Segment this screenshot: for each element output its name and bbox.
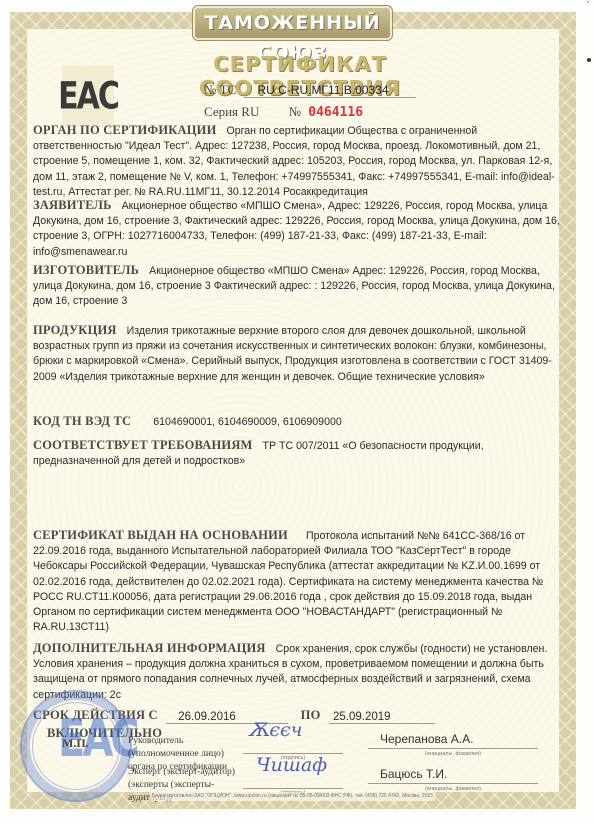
series-row: Серия RU № 0464116 [204,104,363,120]
customs-union-banner: ТАМОЖЕННЫЙ СОЮЗ [193,6,392,40]
scan-speck [587,58,591,62]
head-name-caption: (инициалы, фамилия) [368,751,538,757]
serial-prefix: № [289,104,301,119]
head-signature: Ѫєєч [248,719,302,741]
eac-logo-icon: EAC [62,66,114,126]
expert-signature: Чuшаф [256,754,327,776]
section-text: Протокола испытаний №№ 641СС-368/16 от 2… [33,530,543,633]
series-label: Серия RU [204,104,259,119]
section-label: ОРГАН ПО СЕРТИФИКАЦИИ [33,123,217,137]
section-additional-info: ДОПОЛНИТЕЛЬНАЯ ИНФОРМАЦИЯСрок хранения, … [33,641,561,703]
section-label: ПРОДУКЦИЯ [33,323,117,337]
section-label: ЗАЯВИТЕЛЬ [33,198,112,212]
section-requirements: СООТВЕТСТВУЕТ ТРЕБОВАНИЯМТР ТС 007/2011 … [33,438,561,469]
serial-number: 0464116 [308,105,363,120]
validity-to-date: 25.09.2019 [329,711,435,724]
tc-number-row: № ТС RU C-RU.МГ11.В.00334 [204,82,416,98]
section-text: 6104690001, 6104690009, 6106909000 [153,416,342,428]
section-product: ПРОДУКЦИЯИзделия трикотажные верхние вто… [33,323,561,385]
printer-note: Бланк изготовлен ЗАО "ОПЦИОН", www.opcio… [150,792,435,801]
section-hs-code: КОД ТН ВЭД ТС6104690001, 6104690009, 610… [33,414,561,430]
tc-number-label: № ТС [204,82,236,97]
section-label: СООТВЕТСТВУЕТ ТРЕБОВАНИЯМ [33,438,253,452]
head-name: Черепанова А.А. [368,729,538,749]
expert-name: Бацюсь Т.И. [368,764,538,784]
tc-number-value: RU C-RU.МГ11.В.00334 [244,83,416,98]
section-basis: СЕРТИФИКАТ ВЫДАН НА ОСНОВАНИИПротокола и… [33,528,561,635]
section-certification-body: ОРГАН ПО СЕРТИФИКАЦИИОрган по сертификац… [33,123,561,200]
section-applicant: ЗАЯВИТЕЛЬАкционерное общество «МПШО Смен… [33,198,561,260]
section-label: КОД ТН ВЭД ТС [33,414,131,428]
scan-speck [587,1,589,3]
stamp-place-label: М.П. [62,736,89,751]
section-label: СЕРТИФИКАТ ВЫДАН НА ОСНОВАНИИ [33,528,288,542]
section-label: ДОПОЛНИТЕЛЬНАЯ ИНФОРМАЦИЯ [33,641,266,655]
validity-to-label: ПО [301,708,321,722]
section-label: ИЗГОТОВИТЕЛЬ [33,263,139,277]
section-manufacturer: ИЗГОТОВИТЕЛЬАкционерное общество «МПШО С… [33,263,561,310]
section-text: Акционерное общество «МПШО Смена», Адрес… [33,200,560,258]
